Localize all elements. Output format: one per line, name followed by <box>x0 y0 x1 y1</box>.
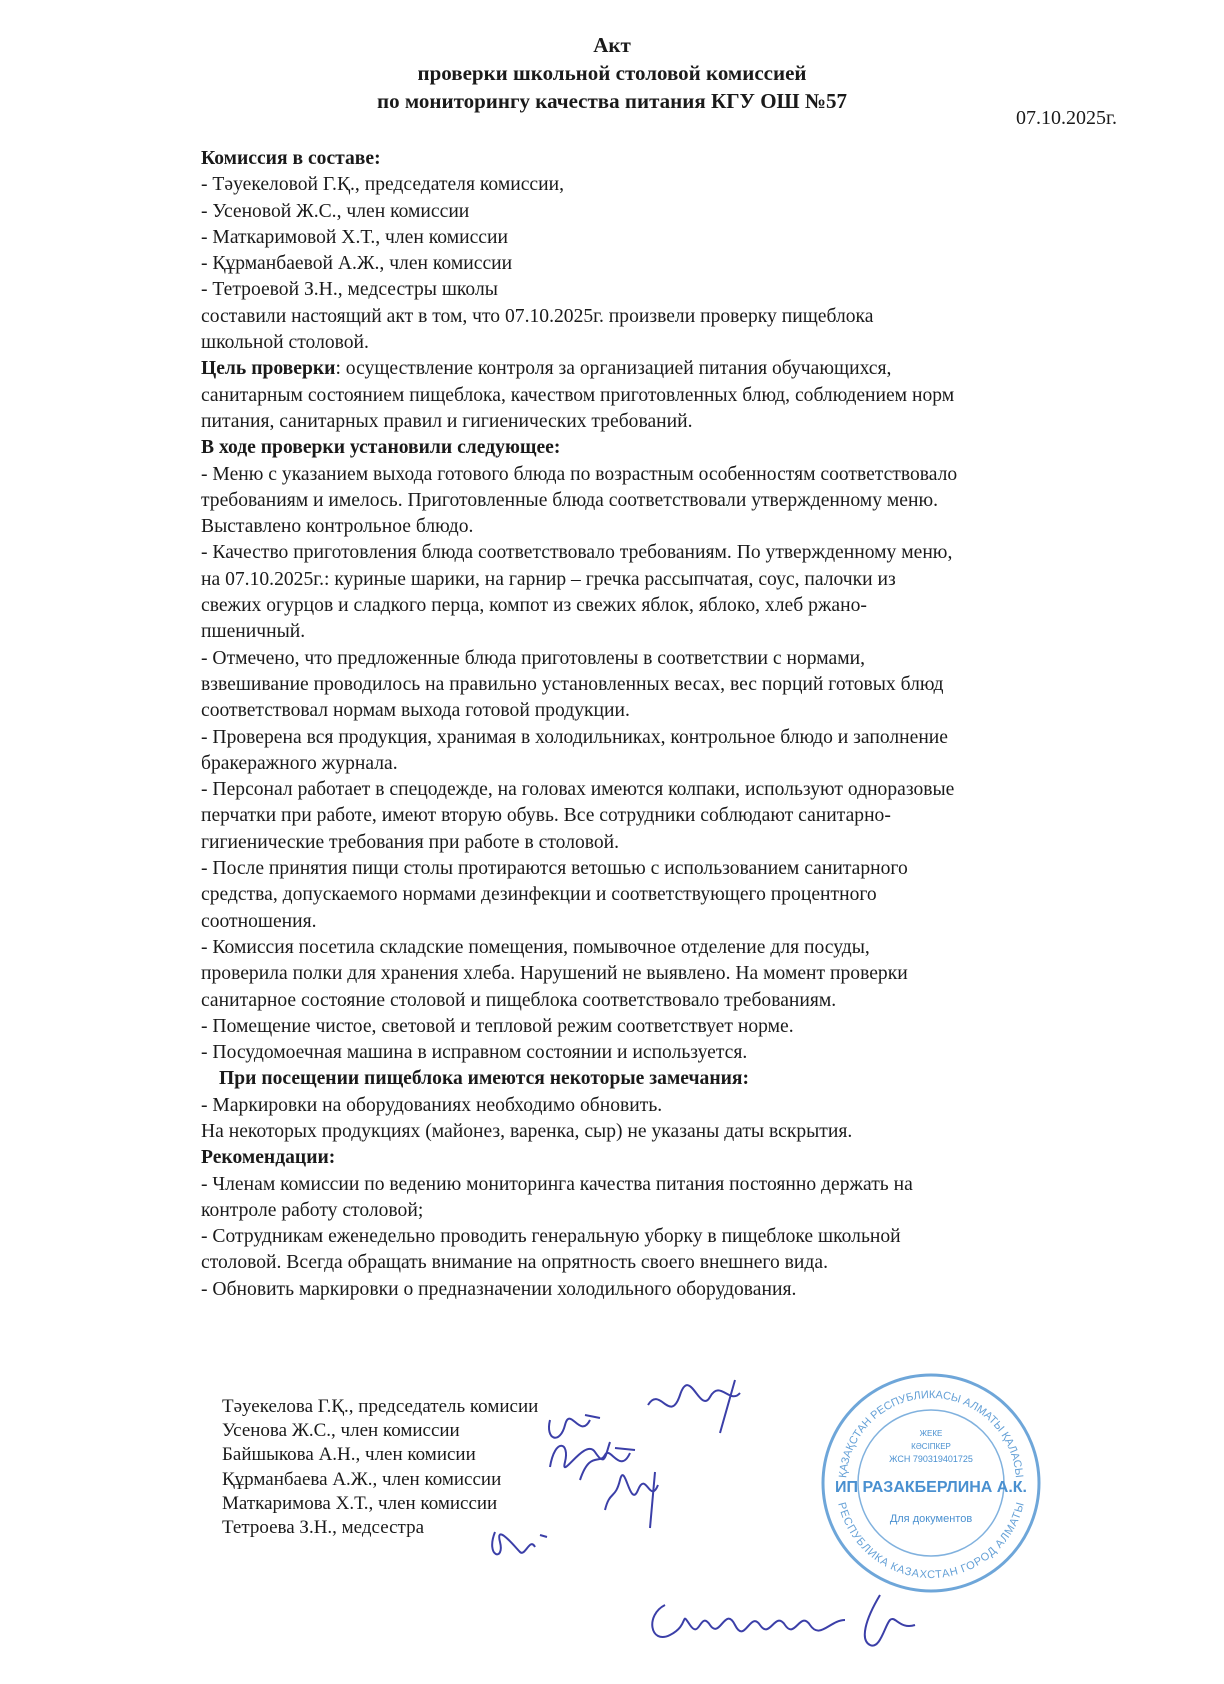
finding-line: - Помещение чистое, световой и тепловой … <box>201 1014 1151 1040</box>
svg-text:Для документов: Для документов <box>890 1513 973 1525</box>
recommendation-line: - Сотрудникам еженедельно проводить гене… <box>201 1224 1151 1250</box>
finding-line: - Отмечено, что предложенные блюда приго… <box>201 646 1151 672</box>
purpose-line: санитарным состоянием пищеблока, качеств… <box>201 383 1151 409</box>
finding-line: требованиям и имелось. Приготовленные бл… <box>201 488 1151 514</box>
finding-line: гигиенические требования при работе в ст… <box>201 830 1151 856</box>
document-body: Комиссия в составе: - Тәуекеловой Г.Қ., … <box>201 146 1151 1303</box>
doc-subtitle-1: проверки школьной столовой комиссией <box>0 59 1224 87</box>
finding-line: санитарное состояние столовой и пищеблок… <box>201 988 1151 1014</box>
commission-member: - Тетроевой З.Н., медсестры школы <box>201 277 1151 303</box>
commission-member: - Маткаримовой Х.Т., член комиссии <box>201 225 1151 251</box>
recommendation-line: контроле работу столовой; <box>201 1198 1151 1224</box>
statement-line: составили настоящий акт в том, что 07.10… <box>201 304 1151 330</box>
findings-heading: В ходе проверки установили следующее: <box>201 435 1151 461</box>
purpose-line: питания, санитарных правил и гигиеническ… <box>201 409 1151 435</box>
recommendation-line: - Обновить маркировки о предназначении х… <box>201 1277 1151 1303</box>
svg-text:КӘСІПКЕР: КӘСІПКЕР <box>911 1442 951 1451</box>
finding-line: соотношения. <box>201 909 1151 935</box>
signature-scribble-icon <box>640 1375 760 1435</box>
finding-line: проверила полки для хранения хлеба. Нару… <box>201 961 1151 987</box>
doc-date: 07.10.2025г. <box>1016 107 1117 130</box>
signatory: Маткаримова Х.Т., член комиссии <box>222 1492 538 1516</box>
commission-member: - Усеновой Ж.С., член комиссии <box>201 199 1151 225</box>
recommendations-heading: Рекомендации: <box>201 1145 1151 1171</box>
signatory: Байшыкова А.Н., член комисии <box>222 1443 538 1467</box>
finding-line: Выставлено контрольное блюдо. <box>201 514 1151 540</box>
finding-line: - После принятия пищи столы протираются … <box>201 856 1151 882</box>
finding-line: пшеничный. <box>201 619 1151 645</box>
finding-line: - Проверена вся продукция, хранимая в хо… <box>201 725 1151 751</box>
commission-member: - Құрманбаевой А.Ж., член комиссии <box>201 251 1151 277</box>
statement-line: школьной столовой. <box>201 330 1151 356</box>
commission-heading: Комиссия в составе: <box>201 146 1151 172</box>
recommendation-line: столовой. Всегда обращать внимание на оп… <box>201 1250 1151 1276</box>
finding-line: бракеражного журнала. <box>201 751 1151 777</box>
purpose-line: Цель проверки: осуществление контроля за… <box>201 356 1151 382</box>
purpose-label: Цель проверки <box>201 358 335 379</box>
finding-line: - Меню с указанием выхода готового блюда… <box>201 462 1151 488</box>
finding-line: свежих огурцов и сладкого перца, компот … <box>201 593 1151 619</box>
doc-title: Акт <box>0 31 1224 59</box>
svg-text:ЖЕКЕ: ЖЕКЕ <box>920 1429 943 1438</box>
finding-line: перчатки при работе, имеют вторую обувь.… <box>201 803 1151 829</box>
remarks-heading: При посещении пищеблока имеются некоторы… <box>201 1066 1151 1092</box>
svg-text:ИП РАЗАКБЕРЛИНА А.К.: ИП РАЗАКБЕРЛИНА А.К. <box>835 1479 1027 1496</box>
finding-line: - Персонал работает в спецодежде, на гол… <box>201 777 1151 803</box>
director-signature-icon <box>640 1585 940 1665</box>
signature-block: Тәуекелова Г.Қ., председатель комисии Ус… <box>222 1395 538 1540</box>
recommendation-line: - Членам комиссии по ведению мониторинга… <box>201 1172 1151 1198</box>
signature-scribble-icon <box>600 1470 670 1530</box>
official-stamp-icon: ҚАЗАҚСТАН РЕСПУБЛИКАСЫ АЛМАТЫ ҚАЛАСЫ РЕС… <box>818 1370 1044 1596</box>
finding-line: на 07.10.2025г.: куриные шарики, на гарн… <box>201 567 1151 593</box>
finding-line: взвешивание проводилось на правильно уст… <box>201 672 1151 698</box>
finding-line: соответствовал нормам выхода готовой про… <box>201 698 1151 724</box>
signature-scribble-icon <box>485 1527 555 1567</box>
finding-line: - Комиссия посетила складские помещения,… <box>201 935 1151 961</box>
signatory: Құрманбаева А.Ж., член комиссии <box>222 1468 538 1492</box>
commission-member: - Тәуекеловой Г.Қ., председателя комисси… <box>201 172 1151 198</box>
signatory: Усенова Ж.С., член комиссии <box>222 1419 538 1443</box>
document-page: Акт проверки школьной столовой комиссией… <box>0 0 1224 1684</box>
remark-line: - Маркировки на оборудованиях необходимо… <box>201 1093 1151 1119</box>
finding-line: средства, допускаемого нормами дезинфекц… <box>201 882 1151 908</box>
remark-line: На некоторых продукциях (майонез, варенк… <box>201 1119 1151 1145</box>
finding-line: - Посудомоечная машина в исправном состо… <box>201 1040 1151 1066</box>
finding-line: - Качество приготовления блюда соответст… <box>201 540 1151 566</box>
svg-text:ЖСН 790319401725: ЖСН 790319401725 <box>889 1454 973 1464</box>
purpose-text: : осуществление контроля за организацией… <box>335 358 891 379</box>
signatory: Тәуекелова Г.Қ., председатель комисии <box>222 1395 538 1419</box>
